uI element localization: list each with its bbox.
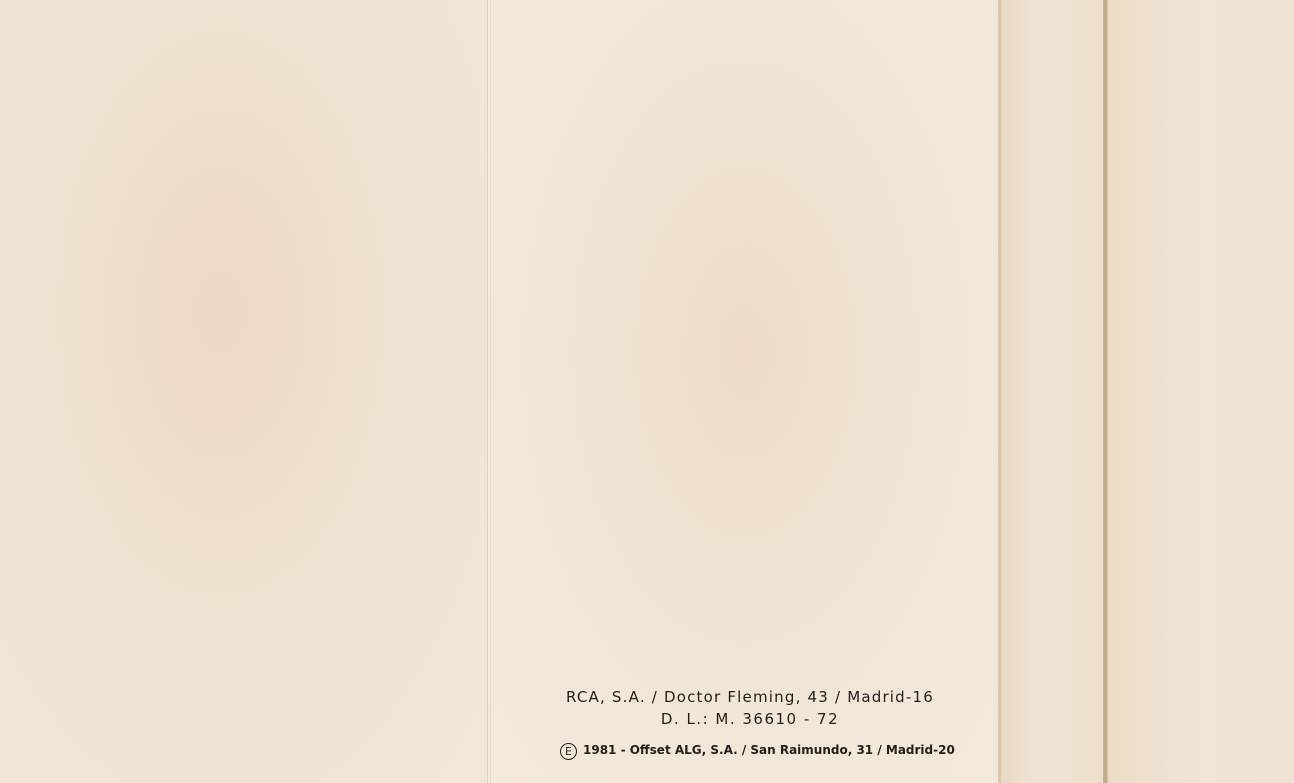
center-panel — [490, 0, 1000, 783]
fold-line — [487, 0, 491, 783]
printed-in-spain-e-icon: E — [560, 743, 577, 760]
left-panel — [0, 0, 490, 783]
flap-panel — [1108, 0, 1294, 783]
fold-line — [998, 0, 1002, 783]
spine-panel — [1000, 0, 1108, 783]
printer-line-container: E1981 - Offset ALG, S.A. / San Raimundo,… — [560, 743, 960, 760]
fold-line — [1103, 0, 1108, 783]
legal-deposit: D. L.: M. 36610 - 72 — [530, 710, 970, 728]
publisher-line: RCA, S.A. / Doctor Fleming, 43 / Madrid-… — [530, 688, 970, 706]
printer-line: 1981 - Offset ALG, S.A. / San Raimundo, … — [583, 743, 955, 757]
